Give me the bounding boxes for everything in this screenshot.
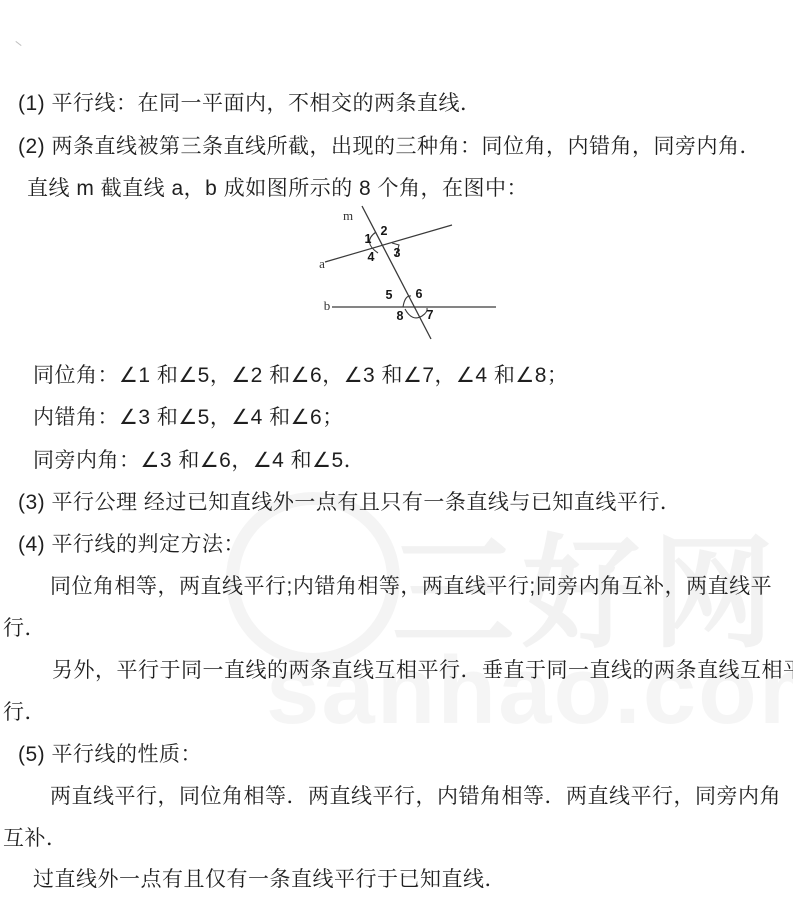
- angle-label-5: 5: [386, 288, 393, 302]
- angle-label-7: 7: [427, 308, 434, 322]
- angle-label-1: 1: [365, 232, 372, 246]
- text-line-alternate-angles: 内错角：∠3 和∠5，∠4 和∠6；: [33, 404, 344, 431]
- angle-label-8: 8: [397, 309, 404, 323]
- angle-label-3: 3: [394, 246, 401, 260]
- text-line-unique-parallel: 过直线外一点有且仅有一条直线平行于已知直线．: [33, 866, 506, 893]
- text-line-properties-rules: 两直线平行，同位角相等．两直线平行，内错角相等．两直线平行，同旁内角: [50, 783, 781, 810]
- text-line-properties-heading: (5) 平行线的性质：: [18, 741, 202, 768]
- text-line-judgment-heading: (4) 平行线的判定方法：: [18, 531, 245, 558]
- watermark-domain-text: sanhao.com: [266, 636, 793, 746]
- angle-label-6: 6: [416, 287, 423, 301]
- text-line-additional-rules-wrap: 行．: [3, 699, 46, 726]
- text-line-def-parallel: (1) 平行线：在同一平面内，不相交的两条直线．: [18, 90, 482, 117]
- line-m-label: m: [343, 208, 353, 223]
- scan-artifact-mark: [15, 41, 21, 46]
- angle-label-4: 4: [368, 250, 375, 264]
- line-a-label: a: [319, 256, 325, 271]
- line-b-label: b: [324, 298, 331, 313]
- text-line-properties-rules-wrap: 互补．: [3, 825, 68, 852]
- document-page: { "page": { "background": "#ffffff", "te…: [0, 0, 793, 904]
- text-line-parallel-axiom: (3) 平行公理 经过已知直线外一点有且只有一条直线与已知直线平行．: [18, 489, 681, 516]
- text-line-judgment-rules: 同位角相等，两直线平行;内错角相等，两直线平行;同旁内角互补，两直线平: [50, 573, 772, 600]
- text-line-additional-rules: 另外，平行于同一直线的两条直线互相平行．垂直于同一直线的两条直线互相平: [52, 657, 793, 684]
- text-line-corresponding-angles: 同位角：∠1 和∠5，∠2 和∠6，∠3 和∠7，∠4 和∠8；: [33, 362, 568, 389]
- text-line-judgment-rules-wrap: 行．: [3, 615, 46, 642]
- angles-diagram: m a b 1 2 3 4 5 6 7 8: [300, 198, 560, 348]
- text-line-same-side-angles: 同旁内角：∠3 和∠6，∠4 和∠5．: [33, 447, 365, 474]
- angle-label-2: 2: [381, 224, 388, 238]
- text-line-three-angle-types: (2) 两条直线被第三条直线所截，出现的三种角：同位角，内错角，同旁内角．: [18, 133, 761, 160]
